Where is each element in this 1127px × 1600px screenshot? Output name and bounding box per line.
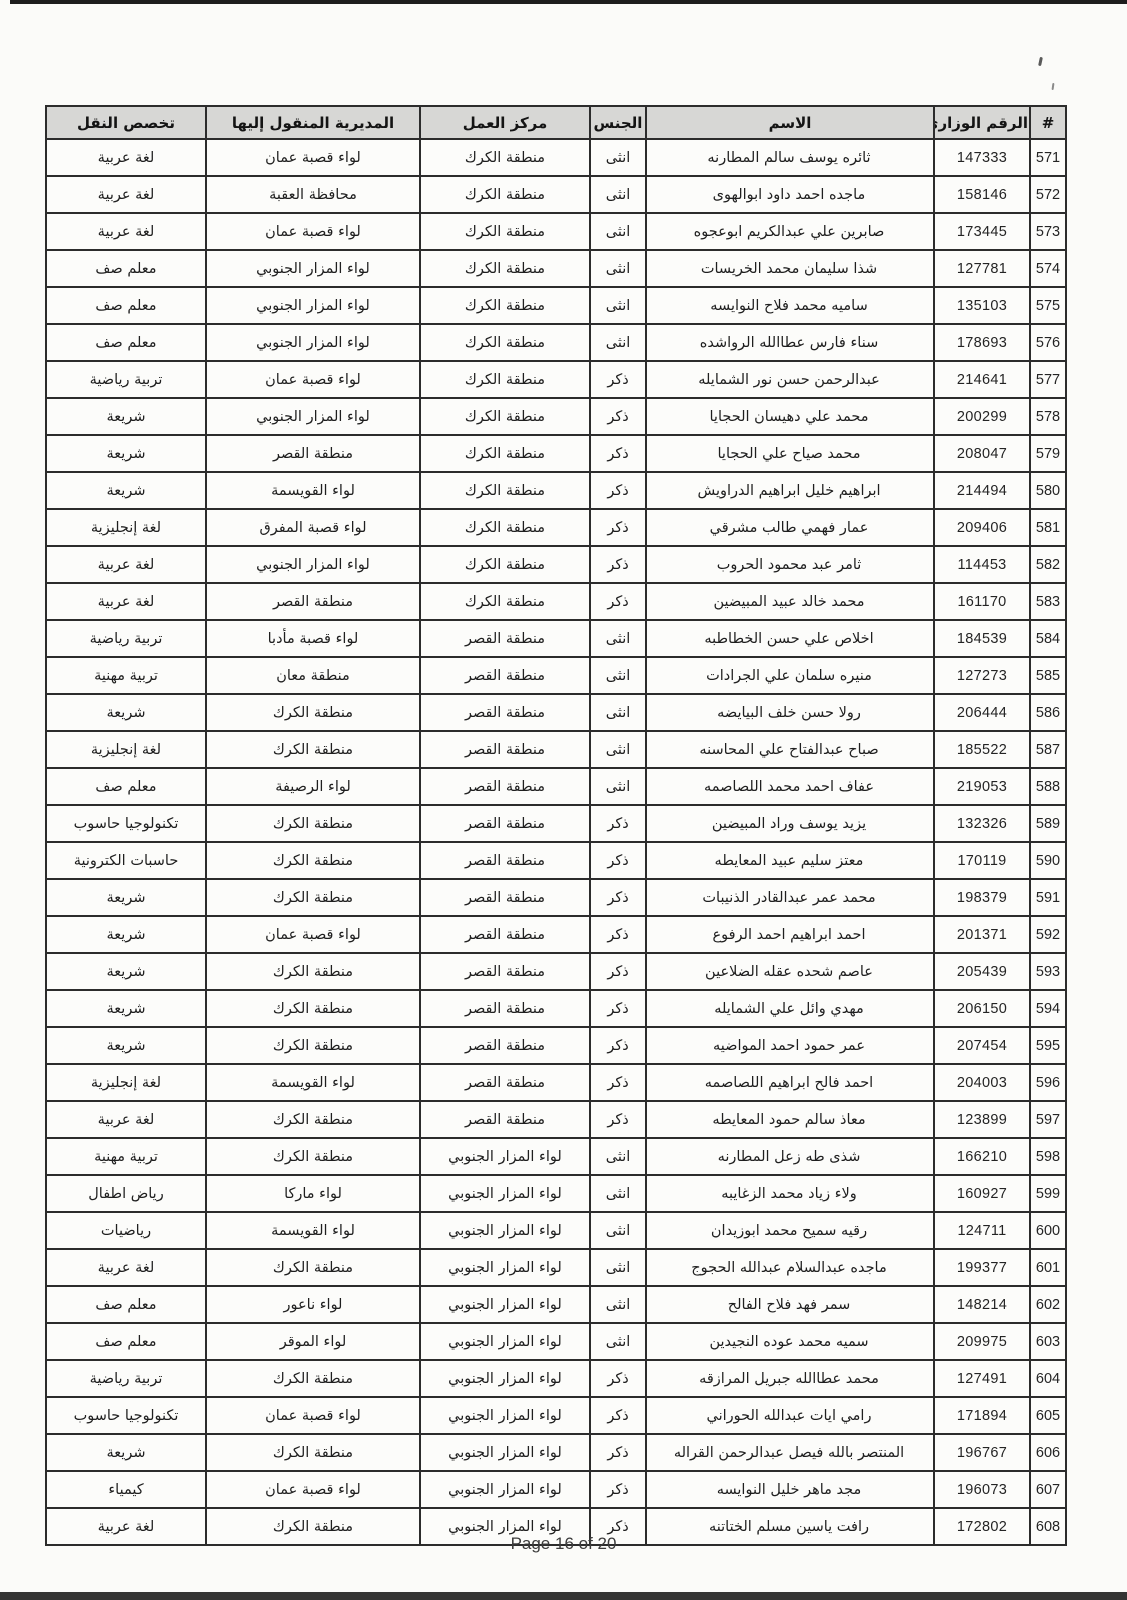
header-directorate: المديرية المنقول إليها <box>206 106 420 139</box>
cell-gender: انثى <box>590 176 646 213</box>
cell-directorate: محافظة العقبة <box>206 176 420 213</box>
cell-index: 581 <box>1030 509 1066 546</box>
cell-name: عبدالرحمن حسن نور الشمايله <box>646 361 934 398</box>
cell-work-center: منطقة الكرك <box>420 546 590 583</box>
cell-ministry-number: 214494 <box>934 472 1030 509</box>
cell-index: 592 <box>1030 916 1066 953</box>
cell-work-center: منطقة القصر <box>420 1064 590 1101</box>
cell-directorate: لواء المزار الجنوبي <box>206 324 420 361</box>
table-row: 584 184539 اخلاص علي حسن الخطاطبه انثى م… <box>46 620 1066 657</box>
cell-name: شذا سليمان محمد الخريسات <box>646 250 934 287</box>
cell-name: محمد عطاالله جبريل المرازقه <box>646 1360 934 1397</box>
cell-index: 604 <box>1030 1360 1066 1397</box>
table-row: 603 209975 سميه محمد عوده النجيدين انثى … <box>46 1323 1066 1360</box>
cell-specialty: رياض اطفال <box>46 1175 206 1212</box>
cell-gender: انثى <box>590 287 646 324</box>
cell-specialty: لغة عربية <box>46 1249 206 1286</box>
cell-index: 580 <box>1030 472 1066 509</box>
cell-directorate: لواء المزار الجنوبي <box>206 250 420 287</box>
table-row: 589 132326 يزيد يوسف وراد المبيضين ذكر م… <box>46 805 1066 842</box>
cell-work-center: منطقة الكرك <box>420 324 590 361</box>
cell-specialty: شريعة <box>46 435 206 472</box>
cell-index: 600 <box>1030 1212 1066 1249</box>
cell-ministry-number: 148214 <box>934 1286 1030 1323</box>
table-row: 580 214494 ابراهيم خليل ابراهيم الدراويش… <box>46 472 1066 509</box>
cell-gender: ذكر <box>590 805 646 842</box>
table-row: 597 123899 معاذ سالم حمود المعايطه ذكر م… <box>46 1101 1066 1138</box>
cell-index: 579 <box>1030 435 1066 472</box>
cell-directorate: لواء قصبة عمان <box>206 1397 420 1434</box>
cell-work-center: منطقة القصر <box>420 805 590 842</box>
cell-specialty: معلم صف <box>46 1286 206 1323</box>
cell-gender: انثى <box>590 1175 646 1212</box>
cell-directorate: لواء القويسمة <box>206 1064 420 1101</box>
cell-specialty: معلم صف <box>46 768 206 805</box>
cell-ministry-number: 135103 <box>934 287 1030 324</box>
cell-directorate: لواء المزار الجنوبي <box>206 546 420 583</box>
cell-gender: ذكر <box>590 879 646 916</box>
cell-ministry-number: 219053 <box>934 768 1030 805</box>
table-row: 578 200299 محمد علي دهيسان الحجايا ذكر م… <box>46 398 1066 435</box>
cell-name: عمر حمود احمد المواضيه <box>646 1027 934 1064</box>
cell-gender: انثى <box>590 657 646 694</box>
cell-ministry-number: 127273 <box>934 657 1030 694</box>
cell-name: المنتصر بالله فيصل عبدالرحمن القراله <box>646 1434 934 1471</box>
cell-directorate: منطقة القصر <box>206 435 420 472</box>
cell-ministry-number: 171894 <box>934 1397 1030 1434</box>
cell-ministry-number: 209406 <box>934 509 1030 546</box>
header-ministry-number: الرقم الوزاري <box>934 106 1030 139</box>
cell-work-center: لواء المزار الجنوبي <box>420 1138 590 1175</box>
table-row: 600 124711 رقيه سميح محمد ابوزيدان انثى … <box>46 1212 1066 1249</box>
cell-name: ساميه محمد فلاح النوايسه <box>646 287 934 324</box>
cell-name: سميه محمد عوده النجيدين <box>646 1323 934 1360</box>
cell-gender: ذكر <box>590 1027 646 1064</box>
cell-index: 607 <box>1030 1471 1066 1508</box>
cell-specialty: تكنولوجيا حاسوب <box>46 805 206 842</box>
cell-name: رامي ايات عبدالله الحوراني <box>646 1397 934 1434</box>
cell-specialty: لغة عربية <box>46 213 206 250</box>
cell-gender: ذكر <box>590 1064 646 1101</box>
cell-gender: ذكر <box>590 1434 646 1471</box>
cell-specialty: تربية رياضية <box>46 1360 206 1397</box>
cell-work-center: منطقة القصر <box>420 694 590 731</box>
cell-gender: ذكر <box>590 361 646 398</box>
table-row: 601 199377 ماجده عبدالسلام عبدالله الحجو… <box>46 1249 1066 1286</box>
cell-gender: ذكر <box>590 546 646 583</box>
cell-work-center: منطقة القصر <box>420 916 590 953</box>
table-header-row: # الرقم الوزاري الاسم الجنس مركز العمل ا… <box>46 106 1066 139</box>
table-row: 607 196073 مجد ماهر خليل النوايسه ذكر لو… <box>46 1471 1066 1508</box>
table-row: 591 198379 محمد عمر عبدالقادر الذنيبات ذ… <box>46 879 1066 916</box>
cell-index: 574 <box>1030 250 1066 287</box>
cell-work-center: منطقة القصر <box>420 953 590 990</box>
cell-specialty: حاسبات الكترونية <box>46 842 206 879</box>
cell-specialty: تربية رياضية <box>46 620 206 657</box>
cell-name: ماجده احمد داود ابوالهوى <box>646 176 934 213</box>
cell-directorate: لواء القويسمة <box>206 472 420 509</box>
table-row: 590 170119 معتز سليم عبيد المعايطه ذكر م… <box>46 842 1066 879</box>
cell-name: محمد صياح علي الحجايا <box>646 435 934 472</box>
cell-name: اخلاص علي حسن الخطاطبه <box>646 620 934 657</box>
cell-gender: انثى <box>590 1212 646 1249</box>
table-row: 592 201371 احمد ابراهيم احمد الرفوع ذكر … <box>46 916 1066 953</box>
cell-directorate: منطقة الكرك <box>206 953 420 990</box>
table-row: 585 127273 منيره سلمان علي الجرادات انثى… <box>46 657 1066 694</box>
cell-index: 576 <box>1030 324 1066 361</box>
cell-work-center: منطقة الكرك <box>420 435 590 472</box>
cell-name: يزيد يوسف وراد المبيضين <box>646 805 934 842</box>
cell-name: مهدي وائل علي الشمايله <box>646 990 934 1027</box>
cell-gender: انثى <box>590 620 646 657</box>
table-row: 577 214641 عبدالرحمن حسن نور الشمايله ذك… <box>46 361 1066 398</box>
cell-gender: ذكر <box>590 916 646 953</box>
cell-directorate: لواء قصبة عمان <box>206 213 420 250</box>
cell-specialty: لغة عربية <box>46 139 206 176</box>
cell-name: ابراهيم خليل ابراهيم الدراويش <box>646 472 934 509</box>
cell-work-center: منطقة القصر <box>420 1027 590 1064</box>
cell-name: احمد ابراهيم احمد الرفوع <box>646 916 934 953</box>
cell-index: 606 <box>1030 1434 1066 1471</box>
table-row: 599 160927 ولاء زياد محمد الزغايبه انثى … <box>46 1175 1066 1212</box>
cell-index: 605 <box>1030 1397 1066 1434</box>
cell-specialty: معلم صف <box>46 1323 206 1360</box>
cell-specialty: لغة إنجليزية <box>46 731 206 768</box>
cell-index: 596 <box>1030 1064 1066 1101</box>
cell-specialty: لغة إنجليزية <box>46 509 206 546</box>
cell-index: 577 <box>1030 361 1066 398</box>
cell-specialty: تكنولوجيا حاسوب <box>46 1397 206 1434</box>
cell-directorate: لواء قصبة مأدبا <box>206 620 420 657</box>
cell-specialty: تربية مهنية <box>46 657 206 694</box>
table-row: 602 148214 سمر فهد فلاح الفالح انثى لواء… <box>46 1286 1066 1323</box>
cell-ministry-number: 170119 <box>934 842 1030 879</box>
cell-specialty: شريعة <box>46 879 206 916</box>
cell-ministry-number: 124711 <box>934 1212 1030 1249</box>
table-row: 604 127491 محمد عطاالله جبريل المرازقه ذ… <box>46 1360 1066 1397</box>
cell-index: 601 <box>1030 1249 1066 1286</box>
cell-directorate: لواء القويسمة <box>206 1212 420 1249</box>
header-gender: الجنس <box>590 106 646 139</box>
cell-work-center: منطقة الكرك <box>420 139 590 176</box>
cell-name: احمد فالح ابراهيم اللصاصمه <box>646 1064 934 1101</box>
cell-ministry-number: 178693 <box>934 324 1030 361</box>
cell-work-center: منطقة الكرك <box>420 472 590 509</box>
cell-name: معاذ سالم حمود المعايطه <box>646 1101 934 1138</box>
cell-specialty: معلم صف <box>46 287 206 324</box>
cell-name: شذى طه زعل المطارنه <box>646 1138 934 1175</box>
cell-gender: انثى <box>590 731 646 768</box>
cell-index: 590 <box>1030 842 1066 879</box>
cell-directorate: منطقة الكرك <box>206 805 420 842</box>
page-number: Page 16 of 20 <box>0 1534 1127 1554</box>
cell-index: 597 <box>1030 1101 1066 1138</box>
cell-specialty: شريعة <box>46 398 206 435</box>
cell-work-center: منطقة القصر <box>420 842 590 879</box>
cell-work-center: لواء المزار الجنوبي <box>420 1249 590 1286</box>
cell-index: 603 <box>1030 1323 1066 1360</box>
cell-ministry-number: 196073 <box>934 1471 1030 1508</box>
cell-index: 599 <box>1030 1175 1066 1212</box>
cell-name: صباح عبدالفتاح علي المحاسنه <box>646 731 934 768</box>
cell-directorate: منطقة الكرك <box>206 1027 420 1064</box>
table-row: 594 206150 مهدي وائل علي الشمايله ذكر من… <box>46 990 1066 1027</box>
cell-gender: انثى <box>590 1138 646 1175</box>
cell-specialty: شريعة <box>46 953 206 990</box>
cell-work-center: منطقة القصر <box>420 879 590 916</box>
cell-ministry-number: 123899 <box>934 1101 1030 1138</box>
cell-ministry-number: 207454 <box>934 1027 1030 1064</box>
cell-name: ثامر عبد محمود الحروب <box>646 546 934 583</box>
cell-gender: انثى <box>590 139 646 176</box>
cell-name: ماجده عبدالسلام عبدالله الحجوج <box>646 1249 934 1286</box>
cell-ministry-number: 208047 <box>934 435 1030 472</box>
cell-work-center: منطقة القصر <box>420 620 590 657</box>
cell-ministry-number: 196767 <box>934 1434 1030 1471</box>
cell-directorate: منطقة الكرك <box>206 1138 420 1175</box>
cell-work-center: لواء المزار الجنوبي <box>420 1286 590 1323</box>
cell-gender: ذكر <box>590 435 646 472</box>
cell-gender: ذكر <box>590 509 646 546</box>
cell-name: محمد عمر عبدالقادر الذنيبات <box>646 879 934 916</box>
cell-directorate: منطقة الكرك <box>206 1101 420 1138</box>
cell-gender: ذكر <box>590 472 646 509</box>
cell-directorate: منطقة الكرك <box>206 879 420 916</box>
cell-gender: ذكر <box>590 398 646 435</box>
cell-directorate: منطقة القصر <box>206 583 420 620</box>
table-row: 579 208047 محمد صياح علي الحجايا ذكر منط… <box>46 435 1066 472</box>
scan-edge-top <box>10 0 1127 4</box>
cell-work-center: منطقة الكرك <box>420 176 590 213</box>
cell-specialty: تربية مهنية <box>46 1138 206 1175</box>
cell-work-center: منطقة الكرك <box>420 398 590 435</box>
cell-work-center: لواء المزار الجنوبي <box>420 1323 590 1360</box>
cell-specialty: كيمياء <box>46 1471 206 1508</box>
table-row: 571 147333 ثائره يوسف سالم المطارنه انثى… <box>46 139 1066 176</box>
cell-name: رقيه سميح محمد ابوزيدان <box>646 1212 934 1249</box>
table-row: 586 206444 رولا حسن خلف البيايضه انثى من… <box>46 694 1066 731</box>
cell-directorate: لواء قصبة عمان <box>206 1471 420 1508</box>
cell-name: رولا حسن خلف البيايضه <box>646 694 934 731</box>
cell-gender: ذكر <box>590 1471 646 1508</box>
cell-name: مجد ماهر خليل النوايسه <box>646 1471 934 1508</box>
cell-ministry-number: 214641 <box>934 361 1030 398</box>
cell-ministry-number: 198379 <box>934 879 1030 916</box>
cell-ministry-number: 158146 <box>934 176 1030 213</box>
cell-ministry-number: 114453 <box>934 546 1030 583</box>
cell-work-center: منطقة الكرك <box>420 509 590 546</box>
cell-ministry-number: 127781 <box>934 250 1030 287</box>
cell-work-center: لواء المزار الجنوبي <box>420 1397 590 1434</box>
cell-work-center: منطقة القصر <box>420 657 590 694</box>
cell-work-center: منطقة الكرك <box>420 250 590 287</box>
cell-work-center: لواء المزار الجنوبي <box>420 1212 590 1249</box>
header-specialty: تخصص النقل <box>46 106 206 139</box>
cell-directorate: منطقة الكرك <box>206 1249 420 1286</box>
cell-name: سناء فارس عطاالله الرواشده <box>646 324 934 361</box>
cell-ministry-number: 147333 <box>934 139 1030 176</box>
cell-work-center: منطقة القصر <box>420 990 590 1027</box>
cell-gender: ذكر <box>590 1397 646 1434</box>
cell-ministry-number: 160927 <box>934 1175 1030 1212</box>
cell-index: 582 <box>1030 546 1066 583</box>
table-row: 596 204003 احمد فالح ابراهيم اللصاصمه ذك… <box>46 1064 1066 1101</box>
cell-gender: ذكر <box>590 842 646 879</box>
table-row: 606 196767 المنتصر بالله فيصل عبدالرحمن … <box>46 1434 1066 1471</box>
cell-index: 584 <box>1030 620 1066 657</box>
cell-gender: انثى <box>590 1286 646 1323</box>
cell-work-center: منطقة الكرك <box>420 213 590 250</box>
cell-name: عاصم شحده عقله الضلاعين <box>646 953 934 990</box>
cell-name: ثائره يوسف سالم المطارنه <box>646 139 934 176</box>
cell-directorate: منطقة الكرك <box>206 694 420 731</box>
table-row: 573 173445 صابرين علي عبدالكريم ابوعجوه … <box>46 213 1066 250</box>
cell-specialty: شريعة <box>46 472 206 509</box>
cell-directorate: منطقة الكرك <box>206 842 420 879</box>
cell-specialty: لغة عربية <box>46 546 206 583</box>
header-name: الاسم <box>646 106 934 139</box>
table-row: 581 209406 عمار فهمي طالب مشرقي ذكر منطق… <box>46 509 1066 546</box>
cell-specialty: لغة عربية <box>46 583 206 620</box>
cell-specialty: تربية رياضية <box>46 361 206 398</box>
cell-directorate: لواء ماركا <box>206 1175 420 1212</box>
cell-directorate: لواء المزار الجنوبي <box>206 398 420 435</box>
cell-ministry-number: 205439 <box>934 953 1030 990</box>
cell-gender: انثى <box>590 1323 646 1360</box>
table-row: 583 161170 محمد خالد عبيد المبيضين ذكر م… <box>46 583 1066 620</box>
cell-specialty: معلم صف <box>46 324 206 361</box>
cell-work-center: لواء المزار الجنوبي <box>420 1471 590 1508</box>
cell-ministry-number: 127491 <box>934 1360 1030 1397</box>
scan-edge-bottom <box>0 1592 1127 1600</box>
scan-speck <box>1038 57 1043 66</box>
cell-ministry-number: 199377 <box>934 1249 1030 1286</box>
cell-directorate: منطقة معان <box>206 657 420 694</box>
table-row: 593 205439 عاصم شحده عقله الضلاعين ذكر م… <box>46 953 1066 990</box>
cell-specialty: شريعة <box>46 1027 206 1064</box>
cell-ministry-number: 200299 <box>934 398 1030 435</box>
transfer-table-container: # الرقم الوزاري الاسم الجنس مركز العمل ا… <box>45 105 1067 1546</box>
cell-work-center: منطقة القصر <box>420 768 590 805</box>
cell-name: معتز سليم عبيد المعايطه <box>646 842 934 879</box>
cell-directorate: منطقة الكرك <box>206 1360 420 1397</box>
cell-specialty: رياضيات <box>46 1212 206 1249</box>
cell-index: 602 <box>1030 1286 1066 1323</box>
cell-gender: ذكر <box>590 583 646 620</box>
cell-ministry-number: 201371 <box>934 916 1030 953</box>
cell-ministry-number: 166210 <box>934 1138 1030 1175</box>
cell-work-center: منطقة القصر <box>420 1101 590 1138</box>
cell-ministry-number: 132326 <box>934 805 1030 842</box>
cell-index: 591 <box>1030 879 1066 916</box>
cell-index: 573 <box>1030 213 1066 250</box>
cell-name: صابرين علي عبدالكريم ابوعجوه <box>646 213 934 250</box>
cell-index: 578 <box>1030 398 1066 435</box>
cell-ministry-number: 161170 <box>934 583 1030 620</box>
table-row: 605 171894 رامي ايات عبدالله الحوراني ذك… <box>46 1397 1066 1434</box>
table-row: 587 185522 صباح عبدالفتاح علي المحاسنه ا… <box>46 731 1066 768</box>
cell-ministry-number: 206444 <box>934 694 1030 731</box>
cell-directorate: منطقة الكرك <box>206 1434 420 1471</box>
cell-work-center: لواء المزار الجنوبي <box>420 1434 590 1471</box>
cell-work-center: منطقة الكرك <box>420 583 590 620</box>
table-row: 595 207454 عمر حمود احمد المواضيه ذكر من… <box>46 1027 1066 1064</box>
cell-gender: انثى <box>590 768 646 805</box>
cell-specialty: شريعة <box>46 694 206 731</box>
header-index: # <box>1030 106 1066 139</box>
cell-gender: ذكر <box>590 990 646 1027</box>
cell-directorate: لواء ناعور <box>206 1286 420 1323</box>
cell-directorate: منطقة الكرك <box>206 731 420 768</box>
cell-specialty: لغة عربية <box>46 1101 206 1138</box>
cell-index: 593 <box>1030 953 1066 990</box>
cell-gender: ذكر <box>590 953 646 990</box>
cell-gender: انثى <box>590 324 646 361</box>
cell-specialty: لغة عربية <box>46 176 206 213</box>
cell-work-center: منطقة القصر <box>420 731 590 768</box>
cell-directorate: منطقة الكرك <box>206 990 420 1027</box>
cell-name: سمر فهد فلاح الفالح <box>646 1286 934 1323</box>
cell-ministry-number: 184539 <box>934 620 1030 657</box>
cell-index: 575 <box>1030 287 1066 324</box>
cell-directorate: لواء المزار الجنوبي <box>206 287 420 324</box>
cell-ministry-number: 206150 <box>934 990 1030 1027</box>
cell-directorate: لواء قصبة عمان <box>206 361 420 398</box>
cell-index: 583 <box>1030 583 1066 620</box>
cell-gender: ذكر <box>590 1101 646 1138</box>
table-row: 574 127781 شذا سليمان محمد الخريسات انثى… <box>46 250 1066 287</box>
cell-index: 589 <box>1030 805 1066 842</box>
cell-specialty: لغة إنجليزية <box>46 1064 206 1101</box>
cell-index: 595 <box>1030 1027 1066 1064</box>
cell-name: محمد علي دهيسان الحجايا <box>646 398 934 435</box>
cell-index: 588 <box>1030 768 1066 805</box>
cell-directorate: لواء قصبة المفرق <box>206 509 420 546</box>
cell-work-center: منطقة الكرك <box>420 287 590 324</box>
cell-directorate: لواء قصبة عمان <box>206 139 420 176</box>
cell-name: منيره سلمان علي الجرادات <box>646 657 934 694</box>
cell-specialty: شريعة <box>46 1434 206 1471</box>
cell-index: 586 <box>1030 694 1066 731</box>
cell-gender: انثى <box>590 250 646 287</box>
cell-ministry-number: 173445 <box>934 213 1030 250</box>
cell-index: 585 <box>1030 657 1066 694</box>
cell-index: 598 <box>1030 1138 1066 1175</box>
table-row: 598 166210 شذى طه زعل المطارنه انثى لواء… <box>46 1138 1066 1175</box>
cell-gender: انثى <box>590 213 646 250</box>
cell-ministry-number: 209975 <box>934 1323 1030 1360</box>
cell-index: 587 <box>1030 731 1066 768</box>
transfer-table: # الرقم الوزاري الاسم الجنس مركز العمل ا… <box>45 105 1067 1546</box>
cell-work-center: منطقة الكرك <box>420 361 590 398</box>
cell-specialty: شريعة <box>46 990 206 1027</box>
cell-ministry-number: 204003 <box>934 1064 1030 1101</box>
table-body: 571 147333 ثائره يوسف سالم المطارنه انثى… <box>46 139 1066 1545</box>
cell-directorate: لواء قصبة عمان <box>206 916 420 953</box>
cell-gender: انثى <box>590 694 646 731</box>
cell-specialty: معلم صف <box>46 250 206 287</box>
cell-name: محمد خالد عبيد المبيضين <box>646 583 934 620</box>
cell-ministry-number: 185522 <box>934 731 1030 768</box>
header-work-center: مركز العمل <box>420 106 590 139</box>
cell-directorate: لواء الرصيفة <box>206 768 420 805</box>
table-row: 582 114453 ثامر عبد محمود الحروب ذكر منط… <box>46 546 1066 583</box>
table-row: 575 135103 ساميه محمد فلاح النوايسه انثى… <box>46 287 1066 324</box>
cell-index: 572 <box>1030 176 1066 213</box>
cell-index: 594 <box>1030 990 1066 1027</box>
cell-index: 571 <box>1030 139 1066 176</box>
scan-speck <box>1052 83 1055 90</box>
